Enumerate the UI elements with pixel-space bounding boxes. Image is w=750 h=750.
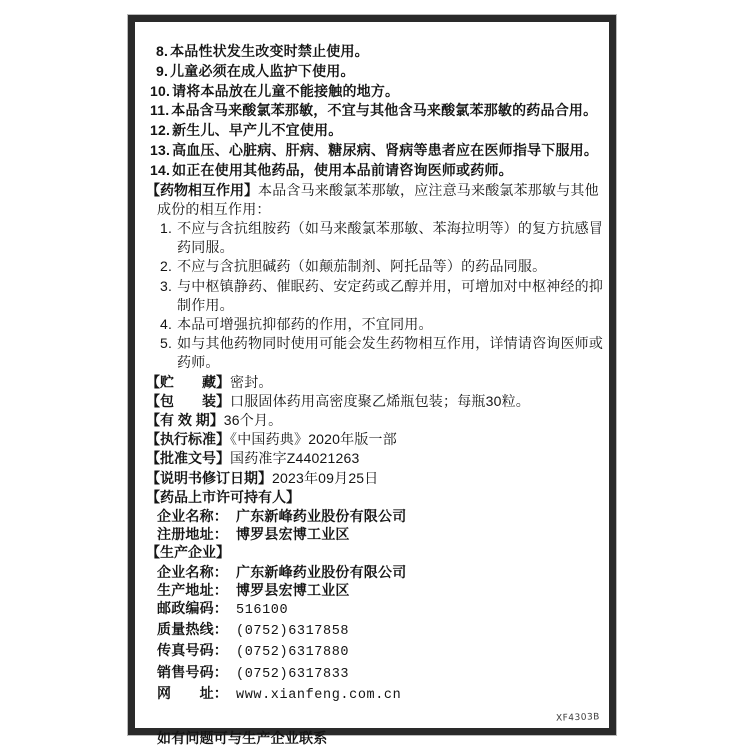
quality-hotline-row: 质量热线：(0752)6317858: [157, 620, 606, 641]
field-label: 【批准文号】: [146, 450, 230, 466]
holder-company-name-row: 企业名称：广东新峰药业股份有限公司: [157, 507, 606, 525]
field-value: 36个月。: [224, 412, 283, 428]
field-revision-date: 【说明书修订日期】2023年09月25日: [146, 469, 606, 488]
item-text: 不应与含抗胆碱药（如颠茄制剂、阿托品等）的药品同服。: [177, 258, 546, 274]
item-text: 儿童必须在成人监护下使用。: [170, 63, 355, 79]
item-text: 如正在使用其他药品，使用本品前请咨询医师或药师。: [172, 162, 513, 178]
row-label: 质量热线：: [157, 621, 228, 637]
row-value: 博罗县宏博工业区: [236, 582, 350, 598]
field-value: 密封。: [230, 374, 273, 390]
precaution-item: 12.新生儿、早产儿不宜使用。: [146, 121, 606, 141]
item-number: 1.: [160, 220, 172, 236]
item-number: 5.: [160, 335, 172, 351]
row-value: www.xianfeng.com.cn: [236, 688, 401, 703]
item-number: 4.: [160, 316, 172, 332]
manufacturer-heading: 【生产企业】: [146, 543, 606, 562]
drug-interactions-section: 【药物相互作用】本品含马来酸氯苯那敏，应注意马来酸氯苯那敏与其他成份的相互作用：…: [146, 181, 606, 373]
website-row: 网 址：www.xianfeng.com.cn: [157, 684, 606, 705]
item-number: 11.: [150, 102, 169, 118]
item-text: 本品可增强抗抑郁药的作用，不宜同用。: [177, 316, 433, 332]
row-label: 企业名称：: [157, 508, 228, 524]
holder-registered-address-row: 注册地址：博罗县宏博工业区: [157, 525, 606, 543]
leaflet-content: 8.本品性状发生改变时禁止使用。 9.儿童必须在成人监护下使用。 10.请将本品…: [146, 42, 606, 748]
row-label: 传真号码：: [157, 642, 228, 658]
precaution-item: 10.请将本品放在儿童不能接触的地方。: [146, 82, 606, 102]
precaution-item: 9.儿童必须在成人监护下使用。: [146, 62, 606, 82]
manufacturer-address-row: 生产地址：博罗县宏博工业区: [157, 581, 606, 599]
item-number: 3.: [160, 278, 172, 294]
row-value: 博罗县宏博工业区: [236, 526, 350, 542]
item-text: 如与其他药物同时使用可能会发生药物相互作用，详情请咨询医师或药师。: [177, 335, 603, 370]
section-label: 【药物相互作用】: [146, 182, 258, 198]
field-label: 【贮 藏】: [146, 374, 230, 390]
item-number: 14.: [150, 162, 170, 178]
field-value: 口服固体药用高密度聚乙烯瓶包装；每瓶30粒。: [230, 393, 530, 409]
item-text: 请将本品放在儿童不能接触的地方。: [172, 83, 399, 99]
fax-number-row: 传真号码：(0752)6317880: [157, 641, 606, 662]
row-value: (0752)6317880: [236, 645, 349, 660]
row-label: 注册地址：: [157, 526, 228, 542]
row-label: 生产地址：: [157, 582, 228, 598]
manufacturer-company-name-row: 企业名称：广东新峰药业股份有限公司: [157, 563, 606, 581]
row-label: 邮政编码：: [157, 600, 228, 616]
interaction-item: 5.如与其他药物同时使用可能会发生药物相互作用，详情请咨询医师或药师。: [146, 334, 606, 372]
item-text: 与中枢镇静药、催眠药、安定药或乙醇并用，可增加对中枢神经的抑制作用。: [177, 278, 603, 313]
item-text: 不应与含抗组胺药（如马来酸氯苯那敏、苯海拉明等）的复方抗感冒药同服。: [177, 220, 603, 255]
field-value: 国药准字Z44021263: [230, 450, 359, 466]
interaction-item: 1.不应与含抗组胺药（如马来酸氯苯那敏、苯海拉明等）的复方抗感冒药同服。: [146, 219, 606, 257]
section-label: 【药品上市许可持有人】: [146, 489, 300, 505]
field-shelf-life: 【有 效 期】36个月。: [146, 411, 606, 430]
leaflet-sheet: 8.本品性状发生改变时禁止使用。 9.儿童必须在成人监护下使用。 10.请将本品…: [128, 15, 616, 735]
row-label: 销售号码：: [157, 664, 228, 680]
row-value: 广东新峰药业股份有限公司: [236, 564, 406, 580]
postal-code-row: 邮政编码：516100: [157, 599, 606, 620]
section-label: 【生产企业】: [146, 544, 230, 560]
sales-number-row: 销售号码：(0752)6317833: [157, 663, 606, 684]
precaution-item: 11.本品含马来酸氯苯那敏，不宜与其他含马来酸氯苯那敏的药品合用。: [146, 101, 606, 121]
row-value: (0752)6317858: [236, 624, 349, 639]
row-label: 企业名称：: [157, 564, 228, 580]
field-label: 【包 装】: [146, 393, 230, 409]
precaution-item: 13.高血压、心脏病、肝病、糖尿病、肾病等患者应在医师指导下服用。: [146, 141, 606, 161]
field-label: 【说明书修订日期】: [146, 470, 272, 486]
row-label: 网 址：: [157, 685, 228, 701]
item-text: 本品性状发生改变时禁止使用。: [170, 43, 369, 59]
item-number: 12.: [150, 122, 170, 138]
drug-interactions-heading: 【药物相互作用】本品含马来酸氯苯那敏，应注意马来酸氯苯那敏与其他成份的相互作用：: [146, 181, 606, 219]
item-number: 8.: [156, 43, 168, 59]
contact-note: 如有问题可与生产企业联系: [157, 729, 606, 748]
field-label: 【执行标准】: [146, 431, 230, 447]
precaution-item: 14.如正在使用其他药品，使用本品前请咨询医师或药师。: [146, 161, 606, 181]
item-number: 13.: [150, 142, 170, 158]
field-value: 《中国药典》2020年版一部: [230, 431, 397, 447]
item-text: 高血压、心脏病、肝病、糖尿病、肾病等患者应在医师指导下服用。: [172, 142, 598, 158]
field-label: 【有 效 期】: [146, 412, 224, 428]
license-holder-section: 【药品上市许可持有人】 企业名称：广东新峰药业股份有限公司 注册地址：博罗县宏博…: [146, 488, 606, 544]
field-packaging: 【包 装】口服固体药用高密度聚乙烯瓶包装；每瓶30粒。: [146, 392, 606, 411]
interaction-item: 4.本品可增强抗抑郁药的作用，不宜同用。: [146, 315, 606, 334]
labeled-fields-section: 【贮 藏】密封。 【包 装】口服固体药用高密度聚乙烯瓶包装；每瓶30粒。 【有 …: [146, 373, 606, 488]
interaction-item: 3.与中枢镇静药、催眠药、安定药或乙醇并用，可增加对中枢神经的抑制作用。: [146, 277, 606, 315]
license-holder-heading: 【药品上市许可持有人】: [146, 488, 606, 507]
item-number: 9.: [156, 63, 168, 79]
field-value: 2023年09月25日: [272, 470, 379, 486]
item-number: 2.: [160, 258, 172, 274]
field-standard: 【执行标准】《中国药典》2020年版一部: [146, 430, 606, 449]
field-storage: 【贮 藏】密封。: [146, 373, 606, 392]
item-number: 10.: [150, 83, 170, 99]
manufacturer-section: 【生产企业】 企业名称：广东新峰药业股份有限公司 生产地址：博罗县宏博工业区 邮…: [146, 543, 606, 705]
item-text: 新生儿、早产儿不宜使用。: [172, 122, 342, 138]
row-value: 516100: [236, 603, 288, 618]
interaction-item: 2.不应与含抗胆碱药（如颠茄制剂、阿托品等）的药品同服。: [146, 257, 606, 276]
row-value: 广东新峰药业股份有限公司: [236, 508, 406, 524]
field-approval-number: 【批准文号】国药准字Z44021263: [146, 449, 606, 468]
item-text: 本品含马来酸氯苯那敏，不宜与其他含马来酸氯苯那敏的药品合用。: [171, 102, 597, 118]
print-code: XF4303B: [556, 712, 600, 724]
precaution-item: 8.本品性状发生改变时禁止使用。: [146, 42, 606, 62]
precautions-list: 8.本品性状发生改变时禁止使用。 9.儿童必须在成人监护下使用。 10.请将本品…: [146, 42, 606, 181]
row-value: (0752)6317833: [236, 667, 349, 682]
